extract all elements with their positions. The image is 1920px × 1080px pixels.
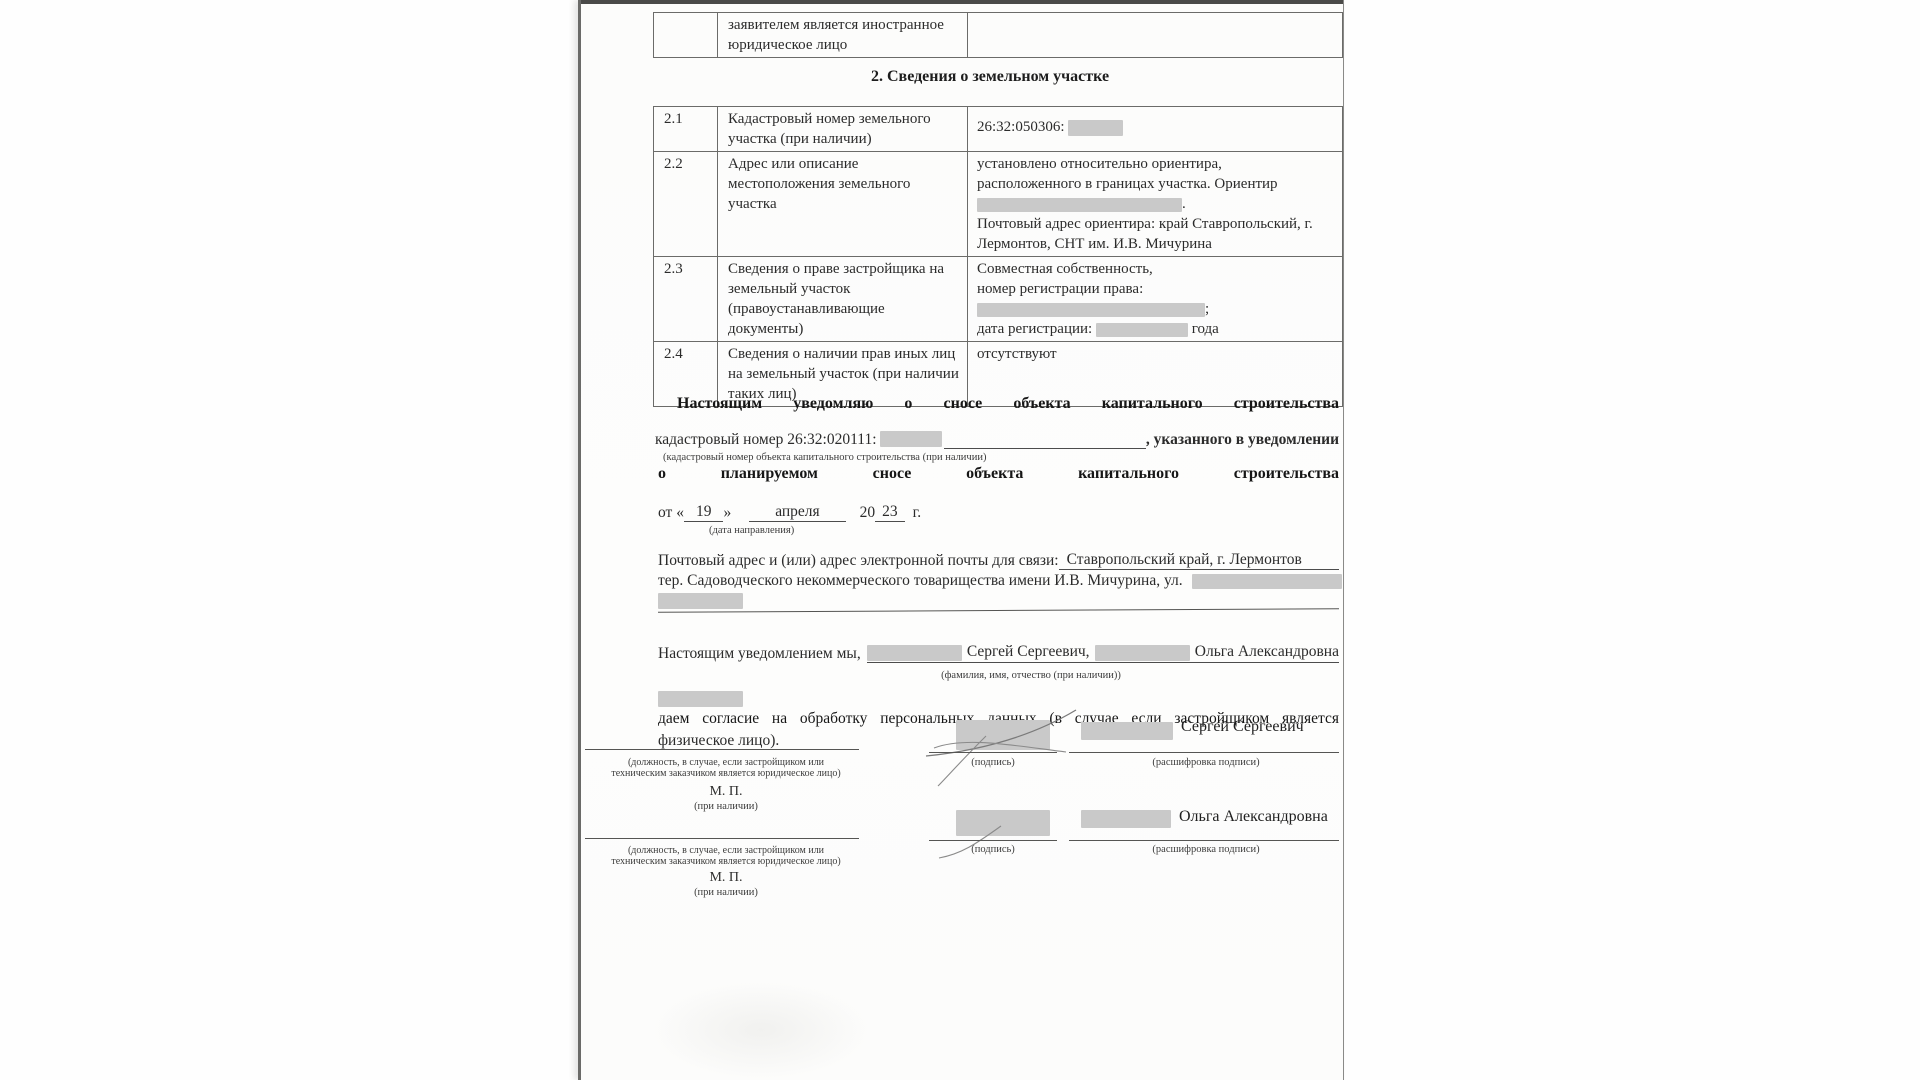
sign-caption: (подпись) (933, 844, 1053, 855)
redacted-text (880, 431, 942, 447)
scan-top-edge (581, 0, 1343, 4)
redacted-text (977, 303, 1205, 317)
declarant-name-2: Ольга Александровна (1195, 643, 1339, 661)
redacted-text (658, 593, 743, 609)
rights-value: Совместная собственность, номер регистра… (968, 257, 1342, 341)
cadastral-number-value: 26:32:050306: (968, 107, 1342, 151)
names-underlined-zone: Сергей Сергеевич, Ольга Александровна (867, 643, 1339, 663)
contact-line1: Почтовый адрес и (или) адрес электронной… (658, 551, 1339, 570)
date-caption: (дата направления) (709, 525, 869, 536)
sign-caption: (подпись) (933, 757, 1053, 768)
mp-caption: (при наличии) (581, 801, 871, 812)
row-number: 2.3 (654, 257, 718, 341)
signature-scribble (916, 706, 1096, 791)
redacted-text (1192, 574, 1342, 589)
signatory-name-1: Сергей Сергеевич (1181, 718, 1304, 736)
position-line (585, 749, 859, 750)
position-caption: (должность, в случае, если застройщиком … (581, 845, 871, 867)
document-page: заявителем является иностранное юридичес… (578, 0, 1344, 1080)
mp-label: М. П. (581, 870, 871, 886)
checkbox-cell (654, 13, 718, 57)
redacted-text (867, 645, 962, 661)
signature-line (929, 752, 1057, 753)
row-number: 2.2 (654, 152, 718, 256)
decode-caption: (расшифровка подписи) (1086, 844, 1326, 855)
contact-line2: тер. Садоводческого некоммерческого това… (658, 572, 1339, 590)
signatory-name-2: Ольга Александровна (1179, 808, 1328, 826)
cadastral-line: кадастровый номер 26:32:020111: , указан… (655, 430, 1339, 449)
table-row: 2.2 Адрес или описание местоположения зе… (654, 151, 1342, 256)
name-line (1069, 840, 1339, 841)
scan-background: заявителем является иностранное юридичес… (0, 0, 1920, 1080)
row-label: заявителем является иностранное юридичес… (718, 13, 968, 57)
redacted-text (1068, 120, 1123, 136)
mp-label: М. П. (581, 784, 871, 800)
contact-address-part1: Ставропольский край, г. Лермонтов (1059, 551, 1339, 570)
consent-names-line: Настоящим уведомлением мы, Сергей Сергее… (658, 643, 1339, 663)
declarant-name-1: Сергей Сергеевич, (967, 643, 1090, 661)
row-label: Адрес или описание местоположения земель… (718, 152, 968, 256)
row-label: Кадастровый номер земельного участка (пр… (718, 107, 968, 151)
fio-caption: (фамилия, имя, отчество (при наличии)) (871, 670, 1191, 681)
contact-line3 (658, 592, 743, 610)
redacted-text (977, 198, 1182, 212)
decode-caption: (расшифровка подписи) (1086, 757, 1326, 768)
table-row: 2.3 Сведения о праве застройщика на земе… (654, 256, 1342, 341)
redacted-text (1081, 810, 1171, 828)
ruled-line (658, 608, 1339, 613)
notice-line1: Настоящим уведомляю о сносе объекта капи… (677, 395, 1339, 413)
applicant-table: заявителем является иностранное юридичес… (653, 12, 1343, 58)
redacted-text (1081, 722, 1173, 740)
redacted-text (1096, 323, 1188, 337)
redacted-text (1095, 645, 1190, 661)
row-label: Сведения о праве застройщика на земельны… (718, 257, 968, 341)
date-day: 19 (684, 503, 724, 522)
row-number: 2.1 (654, 107, 718, 151)
table-row: 2.1 Кадастровый номер земельного участка… (654, 107, 1342, 151)
table-row: заявителем является иностранное юридичес… (654, 13, 1342, 57)
land-plot-table: 2.1 Кадастровый номер земельного участка… (653, 106, 1343, 407)
redacted-text (658, 691, 743, 707)
section-2-title: 2. Сведения о земельном участке (581, 68, 1344, 86)
scan-smudge (651, 980, 871, 1080)
address-value: установлено относительно ориентира, расп… (968, 152, 1342, 256)
name-line (1069, 752, 1339, 753)
notice-line3: о планируемом сносе объекта капитального… (658, 465, 1339, 483)
mp-caption: (при наличии) (581, 887, 871, 898)
signature-line (929, 840, 1057, 841)
row-value-empty (968, 13, 1342, 57)
consent-line3: физическое лицо). (658, 732, 779, 750)
date-month: апреля (749, 503, 845, 522)
notification-date: от « 19 » апреля 20 23 г. (658, 503, 1058, 522)
blank-line (944, 430, 1146, 449)
position-caption: (должность, в случае, если застройщиком … (581, 757, 871, 779)
date-year: 23 (875, 503, 905, 522)
consent-redacted-line (658, 690, 743, 708)
position-line (585, 838, 859, 839)
cadastral-caption: (кадастровый номер объекта капитального … (663, 452, 986, 463)
